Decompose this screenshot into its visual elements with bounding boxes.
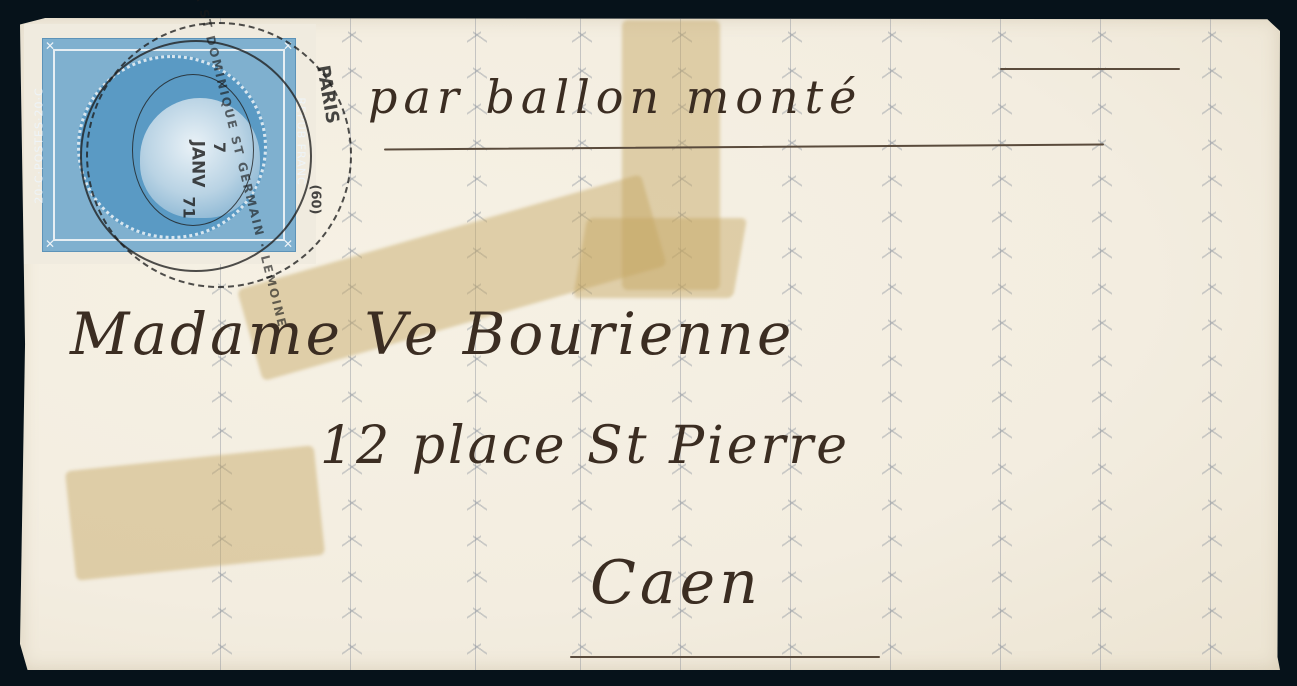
inner-postmark: 7 JANV 71 R. ST DOMINIQUE ST GERMAIN · L… (80, 40, 312, 272)
routing-overline (1000, 68, 1180, 70)
stamp-value-text: 20·C·POSTES·20·C (33, 87, 46, 203)
city-underline (570, 656, 880, 658)
postmark-day: 7 (210, 142, 229, 153)
address-city: Caen (590, 548, 762, 618)
postmark-month: JANV (187, 141, 207, 188)
routing-note: par ballon monté (368, 70, 862, 124)
stamp-corner-ornament: ✕ (45, 237, 55, 251)
pencil-mark (890, 18, 891, 670)
addressee-name: Madame Ve Bourienne (70, 300, 794, 368)
postmark-year: 71 (180, 196, 199, 218)
stamp-corner-ornament: ✕ (45, 39, 55, 53)
tape-stain (65, 445, 325, 581)
pencil-mark (1210, 18, 1211, 670)
pencil-mark (1100, 18, 1101, 670)
postmark-office-number: (60) (307, 185, 322, 215)
address-street: 12 place St Pierre (320, 416, 850, 476)
pencil-mark (1000, 18, 1001, 670)
